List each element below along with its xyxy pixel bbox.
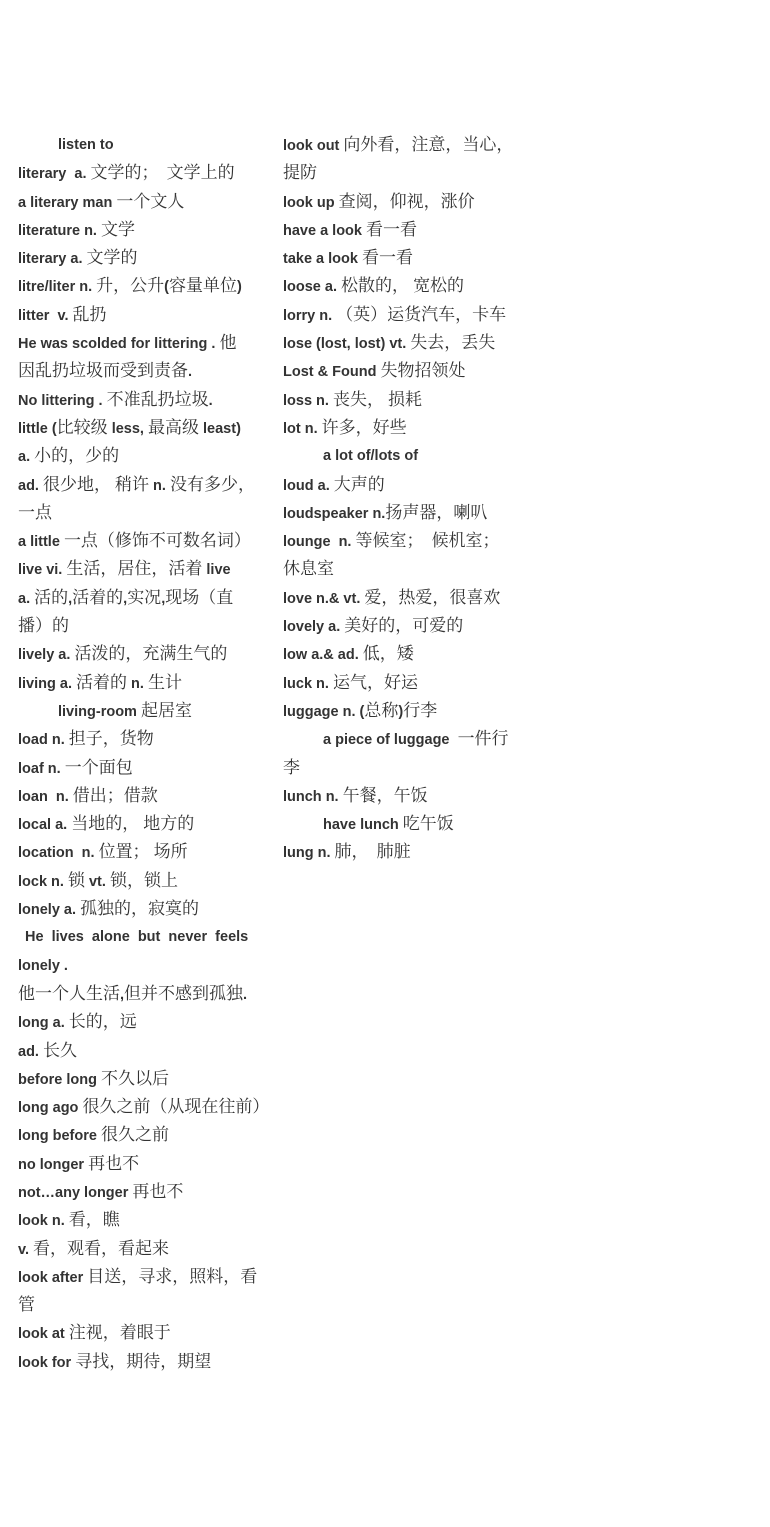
vocab-line: low a.& ad. 低，矮 bbox=[283, 640, 533, 668]
chinese-text-run: 注视，着眼于 bbox=[69, 1323, 171, 1343]
english-text-run: He lives alone but never feels bbox=[25, 929, 248, 945]
vocab-line: lonely . bbox=[18, 952, 268, 980]
english-text-run: literary a. bbox=[18, 251, 87, 267]
chinese-text-run: 总称 bbox=[364, 701, 398, 721]
chinese-text-run: 最高级 bbox=[148, 418, 199, 438]
vocab-line: literary a. 文学的 bbox=[18, 244, 268, 272]
vocab-line: have a look 看一看 bbox=[283, 216, 533, 244]
english-text-run: . bbox=[243, 987, 247, 1003]
english-text-run: before long bbox=[18, 1072, 101, 1088]
vocab-line: a. 活的,活着的,实况,现场（直 bbox=[18, 584, 268, 612]
vocab-line: lose (lost, lost) vt. 失去，丢失 bbox=[283, 329, 533, 357]
vocab-line: look at 注视，着眼于 bbox=[18, 1319, 268, 1347]
vocab-line: loss n. 丧失， 损耗 bbox=[283, 386, 533, 414]
chinese-text-run: 低，矮 bbox=[363, 644, 414, 664]
chinese-text-run: 很久之前 bbox=[101, 1125, 169, 1145]
vocab-line: loan n. 借出；借款 bbox=[18, 782, 268, 810]
english-text-run: a piece of luggage bbox=[323, 732, 458, 748]
english-text-run: ad. bbox=[18, 478, 43, 494]
english-text-run: lock n. bbox=[18, 874, 68, 890]
chinese-text-run: 失去，丢失 bbox=[410, 333, 495, 353]
vocab-line: listen to bbox=[18, 131, 268, 159]
chinese-text-run: 看一看 bbox=[362, 248, 413, 268]
english-text-run: ad. bbox=[18, 1044, 43, 1060]
chinese-text-run: 失物招领处 bbox=[380, 361, 465, 381]
english-text-run: look at bbox=[18, 1326, 69, 1342]
chinese-text-run: 看一看 bbox=[366, 220, 417, 240]
vocab-line: lively a. 活泼的，充满生气的 bbox=[18, 640, 268, 668]
chinese-text-run: 地方的 bbox=[143, 814, 194, 834]
chinese-text-run: 比较级 bbox=[57, 418, 108, 438]
vocab-line: a literary man 一个文人 bbox=[18, 188, 268, 216]
chinese-text-run: 长久 bbox=[43, 1041, 77, 1061]
english-text-run: loaf n. bbox=[18, 761, 65, 777]
chinese-text-run: 向外看，注意，当心， bbox=[343, 135, 513, 155]
chinese-text-run: 肺， bbox=[335, 842, 369, 862]
chinese-text-run: 不久以后 bbox=[101, 1069, 169, 1089]
vocab-line: v. 看，观看，看起来 bbox=[18, 1235, 268, 1263]
english-text-run: lot n. bbox=[283, 421, 322, 437]
chinese-text-run: 活的 bbox=[34, 588, 68, 608]
vocab-line: litre/liter n. 升，公升(容量单位) bbox=[18, 272, 268, 300]
chinese-text-run: 李 bbox=[283, 758, 300, 778]
chinese-text-run: 午餐，午饭 bbox=[343, 786, 428, 806]
english-text-run: living a. bbox=[18, 676, 76, 692]
chinese-text-run: 不准乱扔垃圾 bbox=[107, 390, 209, 410]
english-text-run: love n.& vt. bbox=[283, 591, 364, 607]
vocab-line: loose a. 松散的， 宽松的 bbox=[283, 272, 533, 300]
english-text-run: look n. bbox=[18, 1213, 69, 1229]
english-text-run: local a. bbox=[18, 817, 71, 833]
english-text-run: literature n. bbox=[18, 223, 101, 239]
vocab-line: love n.& vt. 爱，热爱，很喜欢 bbox=[283, 584, 533, 612]
vocab-line: look n. 看，瞧 bbox=[18, 1206, 268, 1234]
english-text-run: low a.& ad. bbox=[283, 647, 363, 663]
english-text-run bbox=[369, 845, 377, 861]
chinese-text-run: 活泼的，充满生气的 bbox=[74, 644, 227, 664]
chinese-text-run: 起居室 bbox=[141, 701, 192, 721]
chinese-text-run: 提防 bbox=[283, 163, 317, 183]
english-text-run: n. bbox=[127, 676, 148, 692]
vocab-line: long ago 很久之前（从现在往前） bbox=[18, 1093, 268, 1121]
vocab-line: lounge n. 等候室； 候机室； bbox=[283, 527, 533, 555]
vocab-line: local a. 当地的， 地方的 bbox=[18, 810, 268, 838]
english-text-run: literary a. bbox=[18, 166, 91, 182]
vocab-line: a. 小的，少的 bbox=[18, 442, 268, 470]
vocab-line: lonely a. 孤独的，寂寞的 bbox=[18, 895, 268, 923]
english-text-run: look after bbox=[18, 1270, 87, 1286]
chinese-text-run: 丧失， bbox=[333, 390, 384, 410]
chinese-text-run: （英）运货汽车，卡车 bbox=[336, 305, 506, 325]
chinese-text-run: 一点（修饰不可数名词） bbox=[64, 531, 251, 551]
english-text-run: lounge n. bbox=[283, 534, 356, 550]
english-text-run: lorry n. bbox=[283, 308, 336, 324]
vocab-line: 管 bbox=[18, 1291, 268, 1319]
chinese-text-run: 锁，锁上 bbox=[110, 871, 178, 891]
document-page: listen toliterary a. 文学的； 文学上的a literary… bbox=[0, 0, 770, 1527]
vocab-line: luck n. 运气，好运 bbox=[283, 669, 533, 697]
english-text-run: lively a. bbox=[18, 647, 74, 663]
vocab-line: living a. 活着的 n. 生计 bbox=[18, 669, 268, 697]
english-text-run: listen to bbox=[58, 137, 114, 153]
chinese-text-run: 文学的 bbox=[87, 248, 138, 268]
vocab-line: No littering . 不准乱扔垃圾. bbox=[18, 386, 268, 414]
vocab-line: living-room 起居室 bbox=[18, 697, 268, 725]
vocab-line: load n. 担子，货物 bbox=[18, 725, 268, 753]
chinese-text-run: 休息室 bbox=[283, 559, 334, 579]
english-text-run: look up bbox=[283, 195, 339, 211]
chinese-text-run: 没有多少， bbox=[170, 475, 255, 495]
vocab-line: ad. 很少地， 稍许 n. 没有多少， bbox=[18, 471, 268, 499]
vocab-line: Lost & Found 失物招领处 bbox=[283, 357, 533, 385]
chinese-text-run: 播）的 bbox=[18, 616, 69, 636]
english-text-run: vt. bbox=[85, 874, 110, 890]
english-text-run: loud a. bbox=[283, 478, 334, 494]
english-text-run: take a look bbox=[283, 251, 362, 267]
english-text-run: a. bbox=[18, 591, 34, 607]
chinese-text-run: 因乱扔垃圾而受到责备 bbox=[18, 361, 188, 381]
vocab-column-right: look out 向外看，注意，当心，提防look up 查阅，仰视，涨价hav… bbox=[283, 131, 533, 867]
english-text-run: loudspeaker n. bbox=[283, 506, 385, 522]
english-text-run: no longer bbox=[18, 1157, 88, 1173]
chinese-text-run: 乱扔 bbox=[73, 305, 107, 325]
vocab-line: little (比较级 less, 最高级 least) bbox=[18, 414, 268, 442]
english-text-run: little ( bbox=[18, 421, 57, 437]
vocab-line: not…any longer 再也不 bbox=[18, 1178, 268, 1206]
english-text-run: live vi. bbox=[18, 562, 66, 578]
vocab-line: 休息室 bbox=[283, 555, 533, 583]
vocab-line: lorry n. （英）运货汽车，卡车 bbox=[283, 301, 533, 329]
vocab-line: He was scolded for littering . 他 bbox=[18, 329, 268, 357]
chinese-text-run: 一个文人 bbox=[116, 192, 184, 212]
english-text-run: Lost & Found bbox=[283, 364, 380, 380]
chinese-text-run: 生活，居住，活着 bbox=[66, 559, 202, 579]
chinese-text-run: 升，公升 bbox=[96, 276, 164, 296]
english-text-run: look for bbox=[18, 1355, 75, 1371]
vocab-line: He lives alone but never feels bbox=[18, 923, 268, 951]
chinese-text-run: 位置； bbox=[99, 842, 150, 862]
vocab-line: look up 查阅，仰视，涨价 bbox=[283, 188, 533, 216]
chinese-text-run: 活着的 bbox=[72, 588, 123, 608]
chinese-text-run: 锁 bbox=[68, 871, 85, 891]
chinese-text-run: 许多，好些 bbox=[322, 418, 407, 438]
english-text-run: luck n. bbox=[283, 676, 333, 692]
english-text-run: litter v. bbox=[18, 308, 73, 324]
vocab-line: loudspeaker n.扬声器，喇叭 bbox=[283, 499, 533, 527]
chinese-text-run: 扬声器，喇叭 bbox=[385, 503, 487, 523]
chinese-text-run: 行李 bbox=[403, 701, 437, 721]
vocab-line: long before 很久之前 bbox=[18, 1121, 268, 1149]
chinese-text-run: 文学 bbox=[101, 220, 135, 240]
english-text-run: look out bbox=[283, 138, 343, 154]
english-text-run: long before bbox=[18, 1128, 101, 1144]
chinese-text-run: 稍许 bbox=[115, 475, 149, 495]
vocab-line: 李 bbox=[283, 754, 533, 782]
chinese-text-run: 很少地， bbox=[43, 475, 111, 495]
vocab-line: 提防 bbox=[283, 159, 533, 187]
vocab-line: literature n. 文学 bbox=[18, 216, 268, 244]
chinese-text-run: 他一个人生活 bbox=[18, 984, 120, 1004]
vocab-line: 因乱扔垃圾而受到责备. bbox=[18, 357, 268, 385]
english-text-run: lose (lost, lost) vt. bbox=[283, 336, 410, 352]
chinese-text-run: 担子，货物 bbox=[69, 729, 154, 749]
vocab-line: lock n. 锁 vt. 锁，锁上 bbox=[18, 867, 268, 895]
vocab-column-left: listen toliterary a. 文学的； 文学上的a literary… bbox=[18, 131, 268, 1376]
english-text-run: not…any longer bbox=[18, 1185, 132, 1201]
english-text-run: less, bbox=[108, 421, 148, 437]
chinese-text-run: 活着的 bbox=[76, 673, 127, 693]
chinese-text-run: 借出；借款 bbox=[73, 786, 158, 806]
english-text-run: have lunch bbox=[323, 817, 403, 833]
english-text-run: n. bbox=[149, 478, 170, 494]
english-text-run: ) bbox=[237, 279, 242, 295]
chinese-text-run: 看，瞧 bbox=[69, 1210, 120, 1230]
chinese-text-run: 场所 bbox=[154, 842, 188, 862]
english-text-run: live bbox=[202, 562, 230, 578]
vocab-line: location n. 位置； 场所 bbox=[18, 838, 268, 866]
chinese-text-run: 文学的； bbox=[91, 163, 159, 183]
chinese-text-run: 孤独的，寂寞的 bbox=[80, 899, 199, 919]
vocab-line: lung n. 肺， 肺脏 bbox=[283, 838, 533, 866]
chinese-text-run: 实况 bbox=[127, 588, 161, 608]
vocab-line: loud a. 大声的 bbox=[283, 471, 533, 499]
chinese-text-run: 寻找，期待，期望 bbox=[75, 1352, 211, 1372]
chinese-text-run: 再也不 bbox=[132, 1182, 183, 1202]
chinese-text-run: 运气，好运 bbox=[333, 673, 418, 693]
vocab-line: luggage n. (总称)行李 bbox=[283, 697, 533, 725]
chinese-text-run: 肺脏 bbox=[377, 842, 411, 862]
english-text-run: loan n. bbox=[18, 789, 73, 805]
chinese-text-run: 松散的， bbox=[341, 276, 409, 296]
chinese-text-run: 管 bbox=[18, 1295, 35, 1315]
english-text-run: a little bbox=[18, 534, 64, 550]
chinese-text-run: 容量单位 bbox=[169, 276, 237, 296]
english-text-run: a. bbox=[18, 449, 34, 465]
chinese-text-run: 文学上的 bbox=[167, 163, 235, 183]
english-text-run: . bbox=[188, 364, 192, 380]
english-text-run: lonely . bbox=[18, 958, 68, 974]
vocab-line: loaf n. 一个面包 bbox=[18, 754, 268, 782]
chinese-text-run: 美好的，可爱的 bbox=[344, 616, 463, 636]
chinese-text-run: 生计 bbox=[148, 673, 182, 693]
vocab-line: 他一个人生活,但并不感到孤独. bbox=[18, 980, 268, 1008]
english-text-run: . bbox=[209, 393, 213, 409]
chinese-text-run: 等候室； bbox=[356, 531, 424, 551]
english-text-run: long a. bbox=[18, 1015, 69, 1031]
vocab-line: lovely a. 美好的，可爱的 bbox=[283, 612, 533, 640]
vocab-line: no longer 再也不 bbox=[18, 1150, 268, 1178]
chinese-text-run: 损耗 bbox=[388, 390, 422, 410]
vocab-line: ad. 长久 bbox=[18, 1037, 268, 1065]
vocab-line: live vi. 生活，居住，活着 live bbox=[18, 555, 268, 583]
english-text-run: luggage n. ( bbox=[283, 704, 364, 720]
english-text-run: v. bbox=[18, 1242, 33, 1258]
chinese-text-run: 查阅，仰视，涨价 bbox=[339, 192, 475, 212]
english-text-run: living-room bbox=[58, 704, 141, 720]
vocab-line: have lunch 吃午饭 bbox=[283, 810, 533, 838]
vocab-line: long a. 长的，远 bbox=[18, 1008, 268, 1036]
chinese-text-run: 小的，少的 bbox=[34, 446, 119, 466]
chinese-text-run: 再也不 bbox=[88, 1154, 139, 1174]
english-text-run: lunch n. bbox=[283, 789, 343, 805]
chinese-text-run: 候机室； bbox=[432, 531, 500, 551]
english-text-run: have a look bbox=[283, 223, 366, 239]
vocab-line: litter v. 乱扔 bbox=[18, 301, 268, 329]
english-text-run: litre/liter n. bbox=[18, 279, 96, 295]
vocab-line: look out 向外看，注意，当心， bbox=[283, 131, 533, 159]
vocab-line: 一点 bbox=[18, 499, 268, 527]
chinese-text-run: 他 bbox=[219, 333, 236, 353]
vocab-line: look for 寻找，期待，期望 bbox=[18, 1348, 268, 1376]
chinese-text-run: 吃午饭 bbox=[403, 814, 454, 834]
vocab-line: lot n. 许多，好些 bbox=[283, 414, 533, 442]
chinese-text-run: 爱，热爱，很喜欢 bbox=[364, 588, 500, 608]
chinese-text-run: 一个面包 bbox=[65, 758, 133, 778]
vocab-line: literary a. 文学的； 文学上的 bbox=[18, 159, 268, 187]
chinese-text-run: 但并不感到孤独 bbox=[124, 984, 243, 1004]
english-text-run: long ago bbox=[18, 1100, 82, 1116]
chinese-text-run: 一点 bbox=[18, 503, 52, 523]
english-text-run: loss n. bbox=[283, 393, 333, 409]
english-text-run: location n. bbox=[18, 845, 99, 861]
english-text-run: a literary man bbox=[18, 195, 116, 211]
chinese-text-run: 长的，远 bbox=[69, 1012, 137, 1032]
vocab-line: lunch n. 午餐，午饭 bbox=[283, 782, 533, 810]
english-text-run: No littering . bbox=[18, 393, 107, 409]
chinese-text-run: 宽松的 bbox=[413, 276, 464, 296]
chinese-text-run: 看，观看，看起来 bbox=[33, 1239, 169, 1259]
english-text-run: lung n. bbox=[283, 845, 335, 861]
chinese-text-run: 一件行 bbox=[458, 729, 509, 749]
english-text-run: load n. bbox=[18, 732, 69, 748]
english-text-run: lovely a. bbox=[283, 619, 344, 635]
english-text-run bbox=[159, 166, 167, 182]
english-text-run: least) bbox=[199, 421, 241, 437]
vocab-line: a little 一点（修饰不可数名词） bbox=[18, 527, 268, 555]
vocab-line: take a look 看一看 bbox=[283, 244, 533, 272]
english-text-run bbox=[424, 534, 432, 550]
chinese-text-run: 很久之前（从现在往前） bbox=[82, 1097, 269, 1117]
chinese-text-run: 现场（直 bbox=[165, 588, 233, 608]
vocab-line: look after 目送，寻求，照料，看 bbox=[18, 1263, 268, 1291]
vocab-line: 播）的 bbox=[18, 612, 268, 640]
english-text-run: loose a. bbox=[283, 279, 341, 295]
vocab-line: a piece of luggage 一件行 bbox=[283, 725, 533, 753]
english-text-run: He was scolded for littering . bbox=[18, 336, 219, 352]
chinese-text-run: 大声的 bbox=[334, 475, 385, 495]
vocab-line: a lot of/lots of bbox=[283, 442, 533, 470]
english-text-run: lonely a. bbox=[18, 902, 80, 918]
vocab-line: before long 不久以后 bbox=[18, 1065, 268, 1093]
chinese-text-run: 目送，寻求，照料，看 bbox=[87, 1267, 257, 1287]
chinese-text-run: 当地的， bbox=[71, 814, 139, 834]
english-text-run: a lot of/lots of bbox=[323, 448, 418, 464]
